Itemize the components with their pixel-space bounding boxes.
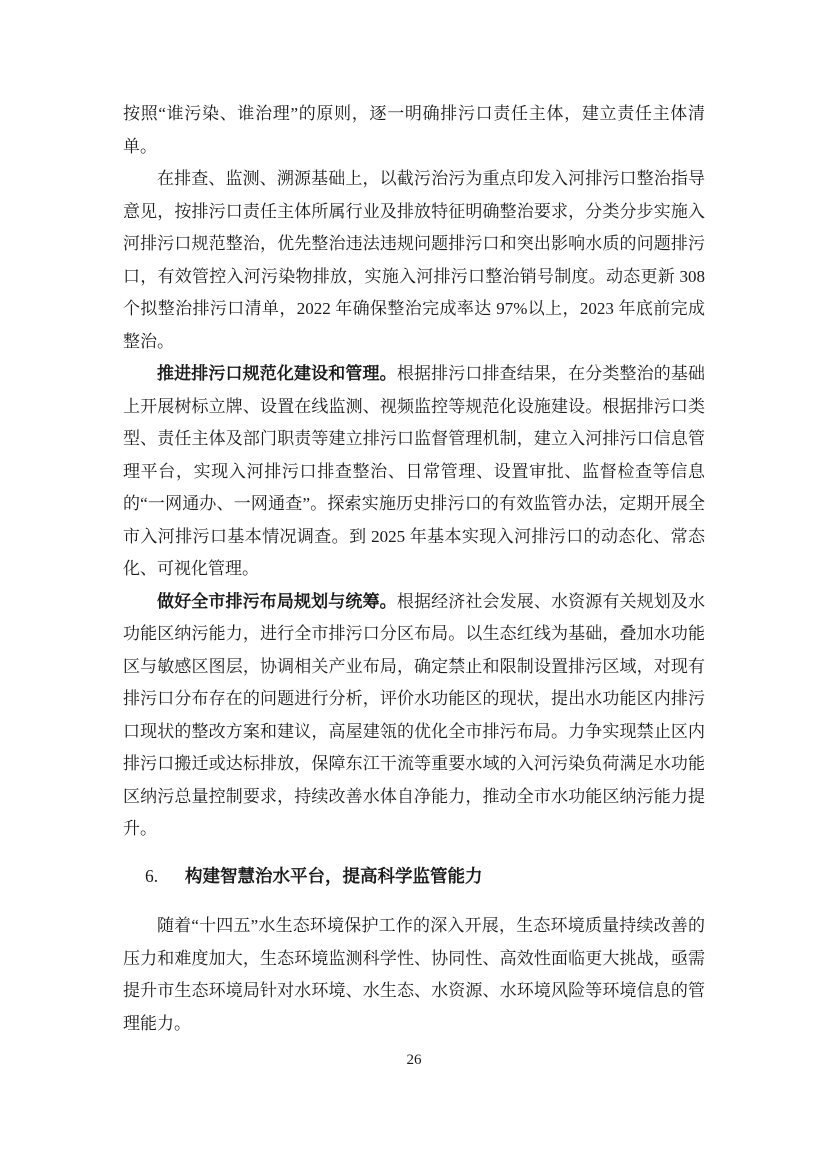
page-footer: 26 — [123, 1050, 705, 1070]
document-page: 按照“谁污染、谁治理”的原则，逐一明确排污口责任主体，建立责任主体清单。 在排查… — [0, 0, 827, 1170]
page-number: 26 — [407, 1052, 422, 1068]
paragraph: 在排查、监测、溯源基础上，以截污治污为重点印发入河排污口整治指导意见，按排污口责… — [123, 163, 705, 358]
paragraph-bold-lead: 做好全市排污布局规划与统筹。 — [157, 592, 397, 611]
paragraph-text: 在排查、监测、溯源基础上，以截污治污为重点印发入河排污口整治指导意见，按排污口责… — [123, 169, 705, 351]
paragraph-text: 根据排污口排查结果，在分类整治的基础上开展树标立牌、设置在线监测、视频监控等规范… — [123, 364, 705, 578]
heading-text: 构建智慧治水平台，提高科学监管能力 — [185, 866, 483, 886]
paragraph-text: 按照“谁污染、谁治理”的原则，逐一明确排污口责任主体，建立责任主体清单。 — [123, 104, 705, 156]
paragraph: 按照“谁污染、谁治理”的原则，逐一明确排污口责任主体，建立责任主体清单。 — [123, 98, 705, 163]
paragraph: 推进排污口规范化建设和管理。根据排污口排查结果，在分类整治的基础上开展树标立牌、… — [123, 358, 705, 586]
paragraph-text: 根据经济社会发展、水资源有关规划及水功能区纳污能力，进行全市排污口分区布局。以生… — [123, 592, 705, 839]
page-content: 按照“谁污染、谁治理”的原则，逐一明确排污口责任主体，建立责任主体清单。 在排查… — [123, 98, 705, 1040]
section-heading: 6.构建智慧治水平台，提高科学监管能力 — [123, 860, 705, 893]
paragraph: 做好全市排污布局规划与统筹。根据经济社会发展、水资源有关规划及水功能区纳污能力，… — [123, 586, 705, 846]
paragraph-text: 随着“十四五”水生态环境保护工作的深入开展，生态环境质量持续改善的压力和难度加大… — [123, 916, 705, 1033]
paragraph: 随着“十四五”水生态环境保护工作的深入开展，生态环境质量持续改善的压力和难度加大… — [123, 910, 705, 1040]
heading-number: 6. — [145, 860, 185, 893]
paragraph-bold-lead: 推进排污口规范化建设和管理。 — [157, 364, 397, 383]
